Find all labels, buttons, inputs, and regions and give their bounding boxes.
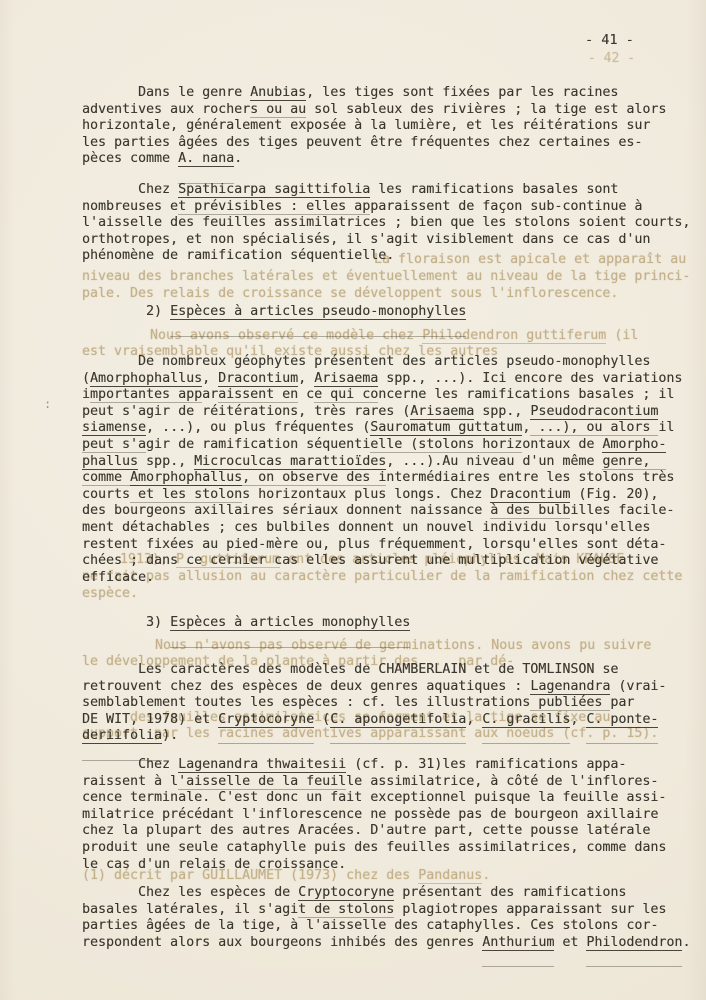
paragraph-line: courts et les stolons horizontaux plus l…	[82, 487, 658, 504]
text-run: peut s'agir de réitérations, très rares …	[82, 404, 410, 419]
underlined-text: Anthurium	[482, 935, 554, 951]
paragraph-line: efficace.	[82, 570, 154, 587]
underlined-text: Arisaema	[314, 371, 378, 387]
underlined-text: Cryptocoryne	[218, 712, 314, 728]
text-run: Les caractères des modèles de CHAMBERLAI…	[82, 662, 618, 677]
text-run: parties âgées de la tige, à l'aisselle d…	[82, 918, 658, 933]
text-run: des bourgeons axillaires sériaux donnent…	[82, 503, 674, 518]
underlined-text: Dracontium	[490, 487, 570, 503]
text-run: ,	[466, 712, 482, 727]
paragraph-line: chez la plupart des autres Aracées. D'au…	[82, 823, 650, 840]
underlined-text: Sauromatum guttatum	[370, 420, 522, 436]
text-run: efficace.	[82, 570, 154, 585]
underlined-text: phallus	[82, 454, 138, 470]
text-run: , les tiges sont fixées par les racines	[306, 85, 618, 100]
text-run: (	[314, 712, 330, 727]
underlined-text: Amorphophallus	[130, 470, 242, 486]
text-run: , ...), ou alors il	[522, 420, 674, 435]
text-run: le cas d'un relais de croissance.	[82, 857, 346, 872]
section-heading: 3) Espèces à articles monophylles	[82, 615, 410, 632]
paragraph-line: produit une seule cataphylle puis des fe…	[82, 840, 666, 857]
text-run: 2)	[82, 304, 170, 319]
text-run: pèces comme	[82, 151, 178, 166]
paragraph-line: siamense, ...), ou plus fréquentes (Saur…	[82, 420, 674, 437]
text-run: spp.,	[138, 454, 194, 469]
text-run: les parties âgées des tiges peuvent être…	[82, 135, 642, 150]
text-run: semblablement toutes les espèces : cf. l…	[82, 695, 634, 710]
paragraph-line: phénomène de ramification séquentielle.	[82, 248, 394, 265]
text-run: Chez	[82, 182, 178, 197]
underlined-text: Lagenandra thwaitesii	[178, 757, 346, 773]
text-run: spp., ...). Ici encore des variations	[378, 371, 682, 386]
text-run: ,	[202, 371, 218, 386]
underlined-text: deriifolia	[82, 728, 162, 744]
paragraph-line: nombreuses et prévisibles : elles appara…	[82, 199, 642, 216]
text-run: importantes apparaissent en ce qui conce…	[82, 387, 674, 402]
text-run: .	[234, 151, 242, 166]
text-run: chées ; dans ce cernier cas elles assure…	[82, 553, 658, 568]
text-run: cence terminale. C'est donc un fait exce…	[82, 790, 666, 805]
text-run: Dans le genre	[82, 85, 250, 100]
paragraph-line: l'aisselle des feuilles assimilatrices ;…	[82, 215, 690, 232]
underlined-text: Philodendron	[586, 935, 682, 951]
text-run: .	[682, 935, 690, 950]
paragraph-line: horizontale, généralement exposée à la l…	[82, 118, 650, 135]
underlined-text: C. ponte-	[586, 712, 658, 728]
text-run: DE WIT, 1978) et	[82, 712, 218, 727]
text-run: phénomène de ramification séquentielle.	[82, 248, 394, 263]
paragraph-line: comme Amorphophallus, on observe des int…	[82, 470, 674, 487]
underlined-text: Microculcas marattioïdes	[194, 454, 386, 470]
text-run: ).	[162, 728, 178, 743]
underlined-text: Dracontium	[218, 371, 298, 387]
text-run: adventives aux rochers ou au sol sableux…	[82, 102, 666, 117]
paragraph-line: deriifolia).	[82, 728, 178, 745]
paragraph-line: (Amorphophallus, Dracontium, Arisaema sp…	[82, 371, 682, 388]
text-run: produit une seule cataphylle puis des fe…	[82, 840, 666, 855]
paragraph-line: orthotropes, et non spécialisés, il s'ag…	[82, 232, 650, 249]
text-run: Chez	[82, 757, 178, 772]
paragraph-line: pèces comme A. nana.	[82, 151, 242, 168]
paragraph-line: raissent à l'aisselle de la feuille assi…	[82, 774, 658, 791]
paragraph-line: Les caractères des modèles de CHAMBERLAI…	[82, 662, 618, 679]
text-run: (vrai-	[610, 679, 666, 694]
document-page: - 42 - - 41 - : La floraison est apicale…	[0, 0, 706, 1000]
text-run: retrouvent chez des espèces de deux genr…	[82, 679, 530, 694]
underlined-text: Lagenandra	[530, 679, 610, 695]
text-run: (cf. p. 31)les ramifications appa-	[346, 757, 626, 772]
underlined-text: Anubias	[250, 85, 306, 101]
text-run: courts et les stolons horizontaux plus l…	[82, 487, 490, 502]
text-run: , on observe des intermédiaires entre le…	[242, 470, 674, 485]
text-run: les ramifications basales sont	[370, 182, 618, 197]
text-run: chez la plupart des autres Aracées. D'au…	[82, 823, 650, 838]
paragraph-line: les parties âgées des tiges peuvent être…	[82, 135, 642, 152]
body-text-layer: Dans le genre Anubias, les tiges sont fi…	[0, 0, 706, 1000]
text-run: De nombreux géophytes présentent des art…	[82, 354, 650, 369]
paragraph-line: phallus spp., Microculcas marattioïdes, …	[82, 454, 650, 471]
paragraph-line: chées ; dans ce cernier cas elles assure…	[82, 553, 658, 570]
paragraph-line: Chez Spathicarpa sagittifolia les ramifi…	[82, 182, 618, 199]
paragraph-line: Dans le genre Anubias, les tiges sont fi…	[82, 85, 618, 102]
text-run: , ...).Au niveau d'un même genre,	[386, 454, 650, 469]
section-heading: 2) Espèces à articles pseudo-monophylles	[82, 304, 466, 321]
text-run: (	[82, 371, 90, 386]
paragraph-line: peut s'agir de réitérations, très rares …	[82, 404, 658, 421]
paragraph-line: respondent alors aux bourgeons inhibés d…	[82, 935, 690, 952]
text-run: horizontale, généralement exposée à la l…	[82, 118, 650, 133]
paragraph-line: Chez Lagenandra thwaitesii (cf. p. 31)le…	[82, 757, 626, 774]
paragraph-line: semblablement toutes les espèces : cf. l…	[82, 695, 634, 712]
paragraph-line: retrouvent chez des espèces de deux genr…	[82, 679, 666, 696]
paragraph-line: cence terminale. C'est donc un fait exce…	[82, 790, 666, 807]
paragraph-line: adventives aux rochers ou au sol sableux…	[82, 102, 666, 119]
paragraph-line: milatrice précédant l'inflorescence ne p…	[82, 807, 658, 824]
paragraph-line: le cas d'un relais de croissance.	[82, 857, 346, 874]
underlined-text: Espèces à articles pseudo-monophylles	[170, 304, 466, 320]
text-run: et	[554, 935, 586, 950]
paragraph-line: importantes apparaissent en ce qui conce…	[82, 387, 674, 404]
paragraph-line: parties âgées de la tige, à l'aisselle d…	[82, 918, 658, 935]
underlined-text: C. gracilis	[482, 712, 570, 728]
text-run: , ...), ou plus fréquentes (	[146, 420, 370, 435]
underlined-text: Pseudodracontium	[530, 404, 658, 420]
text-run: comme	[82, 470, 130, 485]
paragraph-line: restent fixées au pied-mère ou, plus fré…	[82, 537, 666, 554]
text-run: l'aisselle des feuilles assimilatrices ;…	[82, 215, 690, 230]
paragraph-line: peut s'agir de ramification séquentielle…	[82, 437, 666, 454]
underlined-text: Amorphophallus	[90, 371, 202, 387]
text-run: peut s'agir de ramification séquentielle…	[82, 437, 602, 452]
paragraph-line: DE WIT, 1978) et Cryptocoryne (C. aponog…	[82, 712, 658, 729]
paragraph-line: basales latérales, il s'agit de stolons …	[82, 902, 666, 919]
paragraph-line: des bourgeons axillaires sériaux donnent…	[82, 503, 674, 520]
text-run: respondent alors aux bourgeons inhibés d…	[82, 935, 482, 950]
underlined-text: Arisaema	[410, 404, 474, 420]
text-run: Chez les espèces de	[82, 885, 298, 900]
paragraph-line: Chez les espèces de Cryptocoryne présent…	[82, 885, 626, 902]
underlined-text: Cryptocoryne	[298, 885, 394, 901]
text-run: 3)	[82, 615, 170, 630]
text-run: (Fig. 20),	[570, 487, 658, 502]
underlined-text: siamense	[82, 420, 146, 436]
text-run: milatrice précédant l'inflorescence ne p…	[82, 807, 658, 822]
text-run: spp.,	[474, 404, 530, 419]
text-run: ment détachables ; ces bulbiles donnent …	[82, 520, 650, 535]
paragraph-line: ment détachables ; ces bulbiles donnent …	[82, 520, 650, 537]
paragraph-line: De nombreux géophytes présentent des art…	[82, 354, 650, 371]
underlined-text: Amorpho-	[602, 437, 666, 453]
text-run: restent fixées au pied-mère ou, plus fré…	[82, 537, 666, 552]
text-run: raissent à l'aisselle de la feuille assi…	[82, 774, 658, 789]
text-run: ,	[298, 371, 314, 386]
underlined-text: A. nana	[178, 151, 234, 167]
text-run: présentant des ramifications	[394, 885, 626, 900]
text-run: ,	[570, 712, 586, 727]
text-run: orthotropes, et non spécialisés, il s'ag…	[82, 232, 650, 247]
underlined-text: C. aponogetifolia	[330, 712, 466, 728]
underlined-text: Spathicarpa sagittifolia	[178, 182, 370, 198]
text-run: nombreuses et prévisibles : elles appara…	[82, 199, 642, 214]
text-run: basales latérales, il s'agit de stolons …	[82, 902, 666, 917]
underlined-text: Espèces à articles monophylles	[170, 615, 410, 631]
